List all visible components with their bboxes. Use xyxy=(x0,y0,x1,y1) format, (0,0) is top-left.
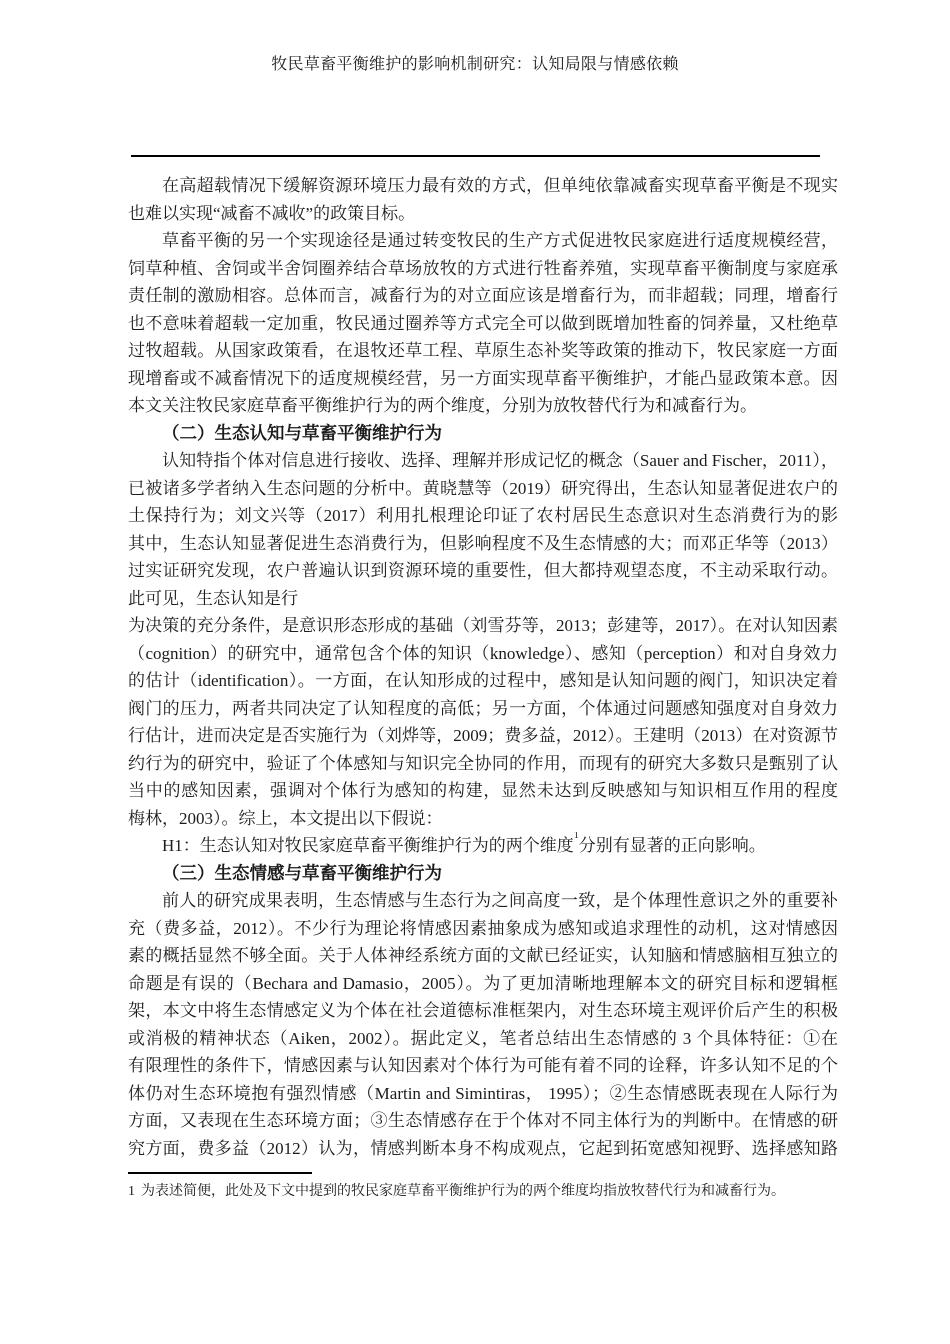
text-line: 方面，又表现在生态环境方面；③生态情感存在于个体对不同主体行为的判断中。在情感的… xyxy=(128,1107,838,1135)
text-line: 命题是有误的（Bechara and Damasio，2005）。为了更加清晰地… xyxy=(128,970,838,998)
text-line: 或消极的精神状态（Aiken，2002）。据此定义，笔者总结出生态情感的 3 个… xyxy=(128,1025,838,1053)
footnote: 1为表述简便，此处及下文中提到的牧民家庭草畜平衡维护行为的两个维度均指放牧替代行… xyxy=(128,1181,840,1202)
text-line: 认知特指个体对信息进行接收、选择、理解并形成记忆的概念（Sauer and Fi… xyxy=(128,447,838,475)
text-line: 土保持行为；刘文兴等（2017）利用扎根理论印证了农村居民生态意识对生态消费行为… xyxy=(128,502,838,530)
text-line: 过牧超载。从国家政策看，在退牧还草工程、草原生态补奖等政策的推动下，牧民家庭一方… xyxy=(128,337,838,365)
text-line: 本文关注牧民家庭草畜平衡维护行为的两个维度，分别为放牧替代行为和减畜行为。 xyxy=(128,392,838,420)
text-line: 在高超载情况下缓解资源环境压力最有效的方式，但单纯依靠减畜实现草畜平衡是不现实的… xyxy=(128,172,838,200)
text-line: 其中，生态认知显著促进生态消费行为，但影响程度不及生态情感的大；而邓正华等（20… xyxy=(128,530,838,558)
text-line: 过实证研究发现，农户普遍认识到资源环境的重要性，但大都持观望态度，不主动采取行动… xyxy=(128,557,838,585)
text-line: 草畜平衡的另一个实现途径是通过转变牧民的生产方式促进牧民家庭进行适度规模经营，以 xyxy=(128,227,838,255)
text-line: （cognition）的研究中，通常包含个体的知识（knowledge）、感知（… xyxy=(128,640,838,668)
footnote-text: 为表述简便，此处及下文中提到的牧民家庭草畜平衡维护行为的两个维度均指放牧替代行为… xyxy=(141,1184,785,1199)
body-text: 在高超载情况下缓解资源环境压力最有效的方式，但单纯依靠减畜实现草畜平衡是不现实的… xyxy=(128,172,838,1162)
text-line: 行估计，进而决定是否实施行为（刘烨等，2009；费多益，2012）。王建明（20… xyxy=(128,722,838,750)
text-line: 架，本文中将生态情感定义为个体在社会道德标准框架内，对生态环境主观评价后产生的积… xyxy=(128,997,838,1025)
text-line: 阀门的压力，两者共同决定了认知程度的高低；另一方面，个体通过问题感知强度对自身效… xyxy=(128,695,838,723)
text-line: 为决策的充分条件，是意识形态形成的基础（刘雪芬等，2013；彭建等，2017）。… xyxy=(128,612,838,640)
text-line: 饲草种植、舍饲或半舍饲圈养结合草场放牧的方式进行牲畜养殖，实现草畜平衡制度与家庭… xyxy=(128,255,838,283)
footnote-marker: 1 xyxy=(128,1184,135,1199)
hypothesis-text-before: H1：生态认知对牧民家庭草畜平衡维护行为的两个维度 xyxy=(162,836,574,855)
text-line: 的估计（identification）。一方面，在认知形成的过程中，感知是认知问… xyxy=(128,667,838,695)
paper-page: 牧民草畜平衡维护的影响机制研究：认知局限与情感依赖 在高超载情况下缓解资源环境压… xyxy=(0,0,950,1344)
text-line: 现增畜或不减畜情况下的适度规模经营，另一方面实现草畜平衡维护，才能凸显政策本意。… xyxy=(128,365,838,393)
text-line: 已被诸多学者纳入生态问题的分析中。黄晓慧等（2019）研究得出，生态认知显著促进… xyxy=(128,475,838,503)
hypothesis-line: H1：生态认知对牧民家庭草畜平衡维护行为的两个维度1分别有显著的正向影响。 xyxy=(128,832,838,860)
section-heading: （二）生态认知与草畜平衡维护行为 xyxy=(128,420,838,448)
text-line: 当中的感知因素，强调对个体行为感知的构建，显然未达到反映感知与知识相互作用的程度… xyxy=(128,777,838,805)
text-line: 梅林，2003）。综上，本文提出以下假说： xyxy=(128,805,838,833)
text-line: 究方面，费多益（2012）认为，情感判断本身不构成观点，它起到拓宽感知视野、选择… xyxy=(128,1135,838,1163)
running-header: 牧民草畜平衡维护的影响机制研究：认知局限与情感依赖 xyxy=(0,55,950,75)
footnote-rule xyxy=(128,1172,312,1174)
section-heading: （三）生态情感与草畜平衡维护行为 xyxy=(128,860,838,888)
text-line: 充（费多益，2012）。不少行为理论将情感因素抽象成为感知或追求理性的动机，这对… xyxy=(128,915,838,943)
text-line: 体仍对生态环境抱有强烈情感（Martin and Simintiras， 199… xyxy=(128,1080,838,1108)
header-rule xyxy=(131,155,820,157)
text-line: 责任制的激励相容。总体而言，减畜行为的对立面应该是增畜行为，而非超载；同理，增畜… xyxy=(128,282,838,310)
hypothesis-text-after: 分别有显著的正向影响。 xyxy=(579,836,766,855)
text-line: 有限理性的条件下，情感因素与认知因素对个体行为可能有着不同的诠释，许多认知不足的… xyxy=(128,1052,838,1080)
text-line: 素的概括显然不够全面。关于人体神经系统方面的文献已经证实，认知脑和情感脑相互独立… xyxy=(128,942,838,970)
text-line: 也不意味着超载一定加重，牧民通过圈养等方式完全可以做到既增加牲畜的饲养量，又杜绝… xyxy=(128,310,838,338)
text-line: 约行为的研究中，验证了个体感知与知识完全协同的作用，而现有的研究大多数只是甄别了… xyxy=(128,750,838,778)
text-line: 也难以实现“减畜不减收”的政策目标。 xyxy=(128,200,838,228)
footnote-reference-superscript: 1 xyxy=(574,832,579,841)
text-line: 前人的研究成果表明，生态情感与生态行为之间高度一致，是个体理性意识之外的重要补 xyxy=(128,887,838,915)
text-line: 此可见，生态认知是行 xyxy=(128,585,838,613)
